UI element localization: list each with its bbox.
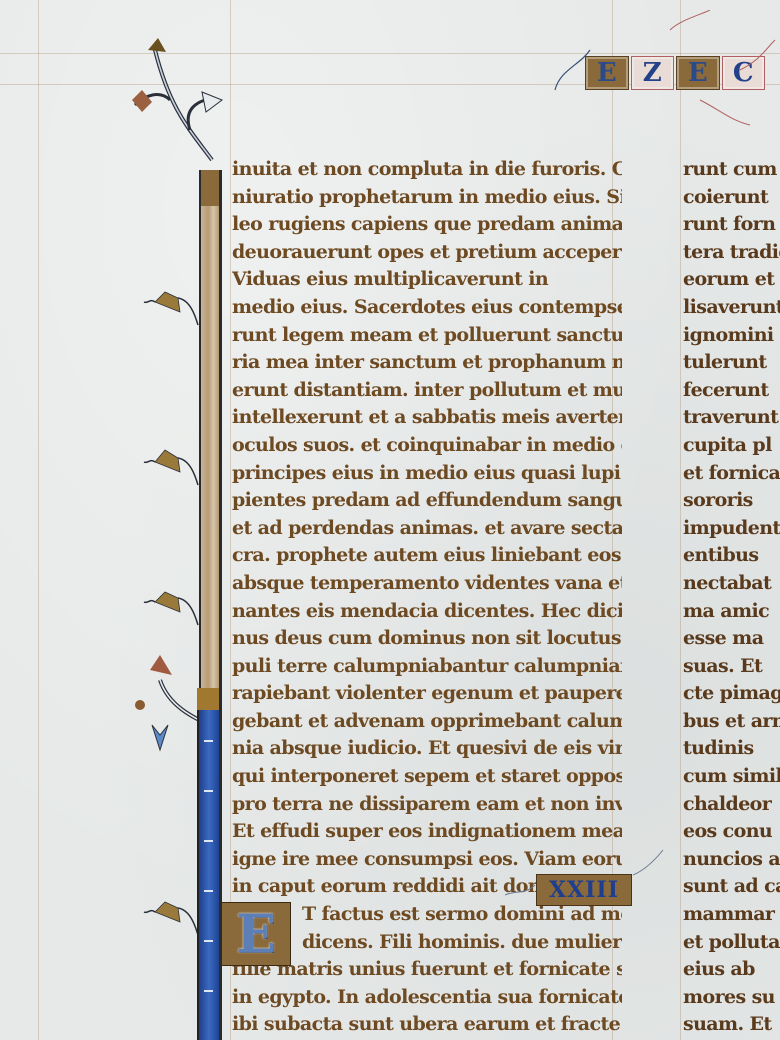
text-line: cte pimag [683, 680, 780, 708]
blue-border-bar [197, 710, 221, 1040]
text-line: eorum et ima [683, 266, 780, 294]
ruling-line [680, 0, 681, 1040]
text-line: ria mea inter sanctum et prophanum non h… [232, 349, 622, 377]
border-ornament [204, 790, 213, 792]
text-line: nantes eis mendacia dicentes. Hec dicit … [232, 598, 622, 626]
running-header-letter: E [676, 56, 720, 90]
running-header-letter: E [585, 56, 629, 90]
text-line: Et effudi super eos indignationem meam i… [232, 818, 622, 846]
chapter-number-marker: XXIII [536, 874, 632, 906]
text-line: oculos suos. et coinquinabar in medio eo… [232, 432, 622, 460]
illuminated-initial: E [221, 902, 291, 966]
text-line: entibus [683, 542, 780, 570]
text-line: runt legem meam et polluerunt sanctua [232, 322, 622, 350]
text-line: cra. prophete autem eius liniebant eos [232, 542, 622, 570]
ruling-line [230, 0, 231, 1040]
text-line: principes eius in medio eius quasi lupi … [232, 460, 622, 488]
border-ornament [204, 840, 213, 842]
text-line: coierunt [683, 184, 780, 212]
text-line: bus et armi [683, 708, 780, 736]
text-line: Viduas eius multiplicaverunt in [232, 266, 622, 294]
text-line: traverunt i [683, 404, 780, 432]
text-line: tulerunt [683, 349, 780, 377]
gold-border-cap [201, 170, 219, 206]
text-line: fecerunt [683, 377, 780, 405]
text-line: eius ab [683, 956, 780, 984]
text-line: tudinis [683, 735, 780, 763]
text-line: inuita et non compluta in die furoris. C… [232, 156, 622, 184]
text-line: igne ire mee consumpsi eos. Viam eorum [232, 846, 622, 874]
text-line: gebant et advenam opprimebant calump [232, 708, 622, 736]
gold-border-bar [199, 170, 221, 710]
text-line: niuratio prophetarum in medio eius. Sicu… [232, 184, 622, 212]
text-line: pro terra ne dissiparem eam et non inven… [232, 791, 622, 819]
text-line: qui interponeret sepem et staret opposit… [232, 763, 622, 791]
text-line: deuorauerunt opes et pretium acceperunt. [232, 239, 622, 267]
border-ornament [204, 740, 213, 742]
text-line: medio eius. Sacerdotes eius contempse [232, 294, 622, 322]
text-line: pientes predam ad effundendum sanguinem [232, 487, 622, 515]
text-line: suam. Et [683, 1011, 780, 1039]
text-line: sororis [683, 487, 780, 515]
border-ornament [204, 990, 213, 992]
right-text-column: runt cum coierunt runt forn tera tradid … [683, 156, 780, 1039]
border-ornament [204, 940, 213, 942]
text-line: mores su [683, 984, 780, 1012]
text-line: et fornica [683, 460, 780, 488]
text-line: eos conu [683, 818, 780, 846]
text-line: erunt distantiam. inter pollutum et mund… [232, 377, 622, 405]
text-line: sunt ad ca [683, 873, 780, 901]
text-line: intellexerunt et a sabbatis meis averter… [232, 404, 622, 432]
text-line: et polluta [683, 929, 780, 957]
initial-letter: E [236, 904, 276, 965]
ruling-line [38, 0, 39, 1040]
text-line: leo rugiens capiens que predam animas [232, 211, 622, 239]
text-line: et ad perdendas animas. et avare sectand… [232, 515, 622, 543]
running-header: E Z E C [585, 55, 765, 91]
text-line: in egypto. In adolescentia sua fornicate… [232, 984, 622, 1012]
text-line: ma amic [683, 598, 780, 626]
text-line: runt cum [683, 156, 780, 184]
text-line: chaldeor [683, 791, 780, 819]
text-line: ignomini [683, 322, 780, 350]
gold-border-segment [197, 688, 221, 710]
border-ornament [204, 890, 213, 892]
text-line: suas. Et [683, 653, 780, 681]
text-line: tera tradid [683, 239, 780, 267]
text-line: rapiebant violenter egenum et pauperem a… [232, 680, 622, 708]
text-line: nuncios ad [683, 846, 780, 874]
text-line: nus deus cum dominus non sit locutus. Po [232, 625, 622, 653]
ruling-line [0, 53, 780, 54]
text-line: lisaverunt [683, 294, 780, 322]
text-line: absque temperamento videntes vana et div… [232, 570, 622, 598]
text-line: mammar [683, 901, 780, 929]
text-line: cupita pl [683, 432, 780, 460]
text-line: runt forn [683, 211, 780, 239]
running-header-letter: Z [631, 56, 675, 90]
text-line: cum simili [683, 763, 780, 791]
running-header-letter: C [722, 56, 766, 90]
text-line: puli terre calumpniabantur calumpniam et [232, 653, 622, 681]
text-line: ibi subacta sunt ubera earum et fracte s… [232, 1011, 622, 1039]
text-line: esse ma [683, 625, 780, 653]
text-line: impudent [683, 515, 780, 543]
text-line: nectabat [683, 570, 780, 598]
text-line: nia absque iudicio. Et quesivi de eis vi… [232, 735, 622, 763]
